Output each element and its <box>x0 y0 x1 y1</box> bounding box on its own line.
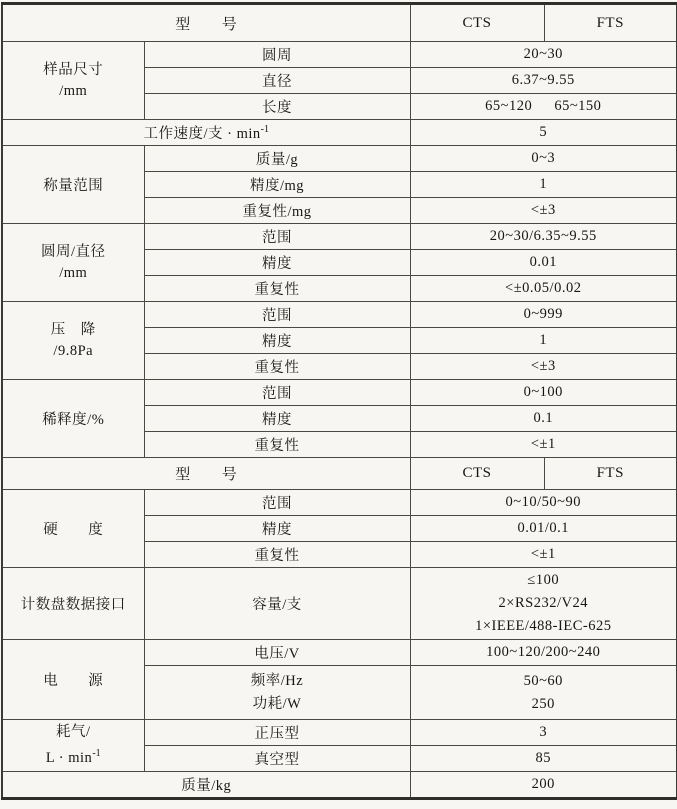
table-row: 压 降 /9.8Pa 范围 0~999 <box>2 302 677 328</box>
working-speed-value: 5 <box>410 120 677 146</box>
row-value: 0~3 <box>410 146 677 172</box>
power-label: 电 源 <box>2 640 144 720</box>
row-value: 20~30 <box>410 42 677 68</box>
mass-label: 质量/kg <box>2 772 410 799</box>
table-row: 硬 度 范围 0~10/50~90 <box>2 490 677 516</box>
row-value: 0.01/0.1 <box>410 516 677 542</box>
row-value: 0~999 <box>410 302 677 328</box>
row-label: 正压型 <box>144 720 410 746</box>
length-value-cts: 65~120 <box>485 98 532 115</box>
row-value: 0~10/50~90 <box>410 490 677 516</box>
table-row: 样品尺寸 /mm 圆周 20~30 <box>2 42 677 68</box>
row-value: 20~30/6.35~9.55 <box>410 224 677 250</box>
row-value: 100~120/200~240 <box>410 640 677 666</box>
mass-value: 200 <box>410 772 677 799</box>
row-value: 85 <box>410 746 677 772</box>
pressure-drop-label: 压 降 /9.8Pa <box>2 302 144 380</box>
row-label: 重复性 <box>144 432 410 458</box>
dilution-label: 稀释度/% <box>2 380 144 458</box>
circumference-diameter-label: 圆周/直径 /mm <box>2 224 144 302</box>
weighing-range-label: 称量范围 <box>2 146 144 224</box>
superscript: -1 <box>92 748 100 759</box>
row-label: 范围 <box>144 380 410 406</box>
length-value-fts: 65~150 <box>554 98 601 115</box>
rs232-interface-value: 2×RS232/V24 <box>415 592 673 615</box>
table-row-counter-interface: 计数盘数据接口 容量/支 ≤100 2×RS232/V24 1×IEEE/488… <box>2 568 677 640</box>
row-label: 真空型 <box>144 746 410 772</box>
working-speed-label: 工作速度/支 · min-1 <box>2 120 410 146</box>
row-value: <±1 <box>410 542 677 568</box>
row-value: 65~120 65~150 <box>410 94 677 120</box>
power-freq-consumption-values: 50~60 250 <box>410 666 677 720</box>
row-label: 长度 <box>144 94 410 120</box>
ieee-interface-value: 1×IEEE/488-IEC-625 <box>415 615 673 638</box>
model-header-label: 型 号 <box>2 4 410 42</box>
row-label: 功耗/W <box>149 693 406 716</box>
sample-size-label: 样品尺寸 /mm <box>2 42 144 120</box>
model-header2-cts: CTS <box>410 458 544 490</box>
superscript: -1 <box>261 124 269 135</box>
table-row-model-header: 型 号 CTS FTS <box>2 4 677 42</box>
row-label: 范围 <box>144 224 410 250</box>
row-label: 精度 <box>144 406 410 432</box>
table-row-mass: 质量/kg 200 <box>2 772 677 799</box>
row-label: 精度/mg <box>144 172 410 198</box>
row-label: 精度 <box>144 328 410 354</box>
counter-interface-label: 计数盘数据接口 <box>2 568 144 640</box>
model-header-fts: FTS <box>544 4 677 42</box>
row-value: 0.1 <box>410 406 677 432</box>
model-header2-label: 型 号 <box>2 458 410 490</box>
table-row: 稀释度/% 范围 0~100 <box>2 380 677 406</box>
row-label: 频率/Hz <box>149 670 406 693</box>
row-label: 重复性 <box>144 276 410 302</box>
scanned-spec-page: 型 号 CTS FTS 样品尺寸 /mm 圆周 20~30 直径 6.37~9.… <box>0 0 677 809</box>
spec-table: 型 号 CTS FTS 样品尺寸 /mm 圆周 20~30 直径 6.37~9.… <box>1 2 677 800</box>
table-row: 圆周/直径 /mm 范围 20~30/6.35~9.55 <box>2 224 677 250</box>
row-label: 范围 <box>144 302 410 328</box>
row-value: 6.37~9.55 <box>410 68 677 94</box>
row-value: <±0.05/0.02 <box>410 276 677 302</box>
row-label: 范围 <box>144 490 410 516</box>
counter-interface-name: 容量/支 <box>144 568 410 640</box>
row-value: <±1 <box>410 432 677 458</box>
table-row: 称量范围 质量/g 0~3 <box>2 146 677 172</box>
row-label: 电压/V <box>144 640 410 666</box>
row-value: 50~60 <box>415 670 673 693</box>
row-label: 精度 <box>144 516 410 542</box>
row-value: 3 <box>410 720 677 746</box>
row-value: 250 <box>415 693 673 716</box>
row-label: 精度 <box>144 250 410 276</box>
model-header2-fts: FTS <box>544 458 677 490</box>
table-row: 耗气/ L · min-1 正压型 3 <box>2 720 677 746</box>
row-value: 1 <box>410 172 677 198</box>
table-row-working-speed: 工作速度/支 · min-1 5 <box>2 120 677 146</box>
counter-interface-values: ≤100 2×RS232/V24 1×IEEE/488-IEC-625 <box>410 568 677 640</box>
hardness-label: 硬 度 <box>2 490 144 568</box>
row-value: 1 <box>410 328 677 354</box>
row-value: 0.01 <box>410 250 677 276</box>
capacity-value: ≤100 <box>415 569 673 592</box>
air-consumption-label: 耗气/ L · min-1 <box>2 720 144 772</box>
row-value: 0~100 <box>410 380 677 406</box>
row-value: <±3 <box>410 198 677 224</box>
row-label: 质量/g <box>144 146 410 172</box>
table-row-model-header-2: 型 号 CTS FTS <box>2 458 677 490</box>
row-label: 重复性/mg <box>144 198 410 224</box>
row-label: 直径 <box>144 68 410 94</box>
row-value: <±3 <box>410 354 677 380</box>
row-label: 重复性 <box>144 354 410 380</box>
table-row: 电 源 电压/V 100~120/200~240 <box>2 640 677 666</box>
model-header-cts: CTS <box>410 4 544 42</box>
row-label: 圆周 <box>144 42 410 68</box>
row-label: 重复性 <box>144 542 410 568</box>
power-freq-consumption-labels: 频率/Hz 功耗/W <box>144 666 410 720</box>
